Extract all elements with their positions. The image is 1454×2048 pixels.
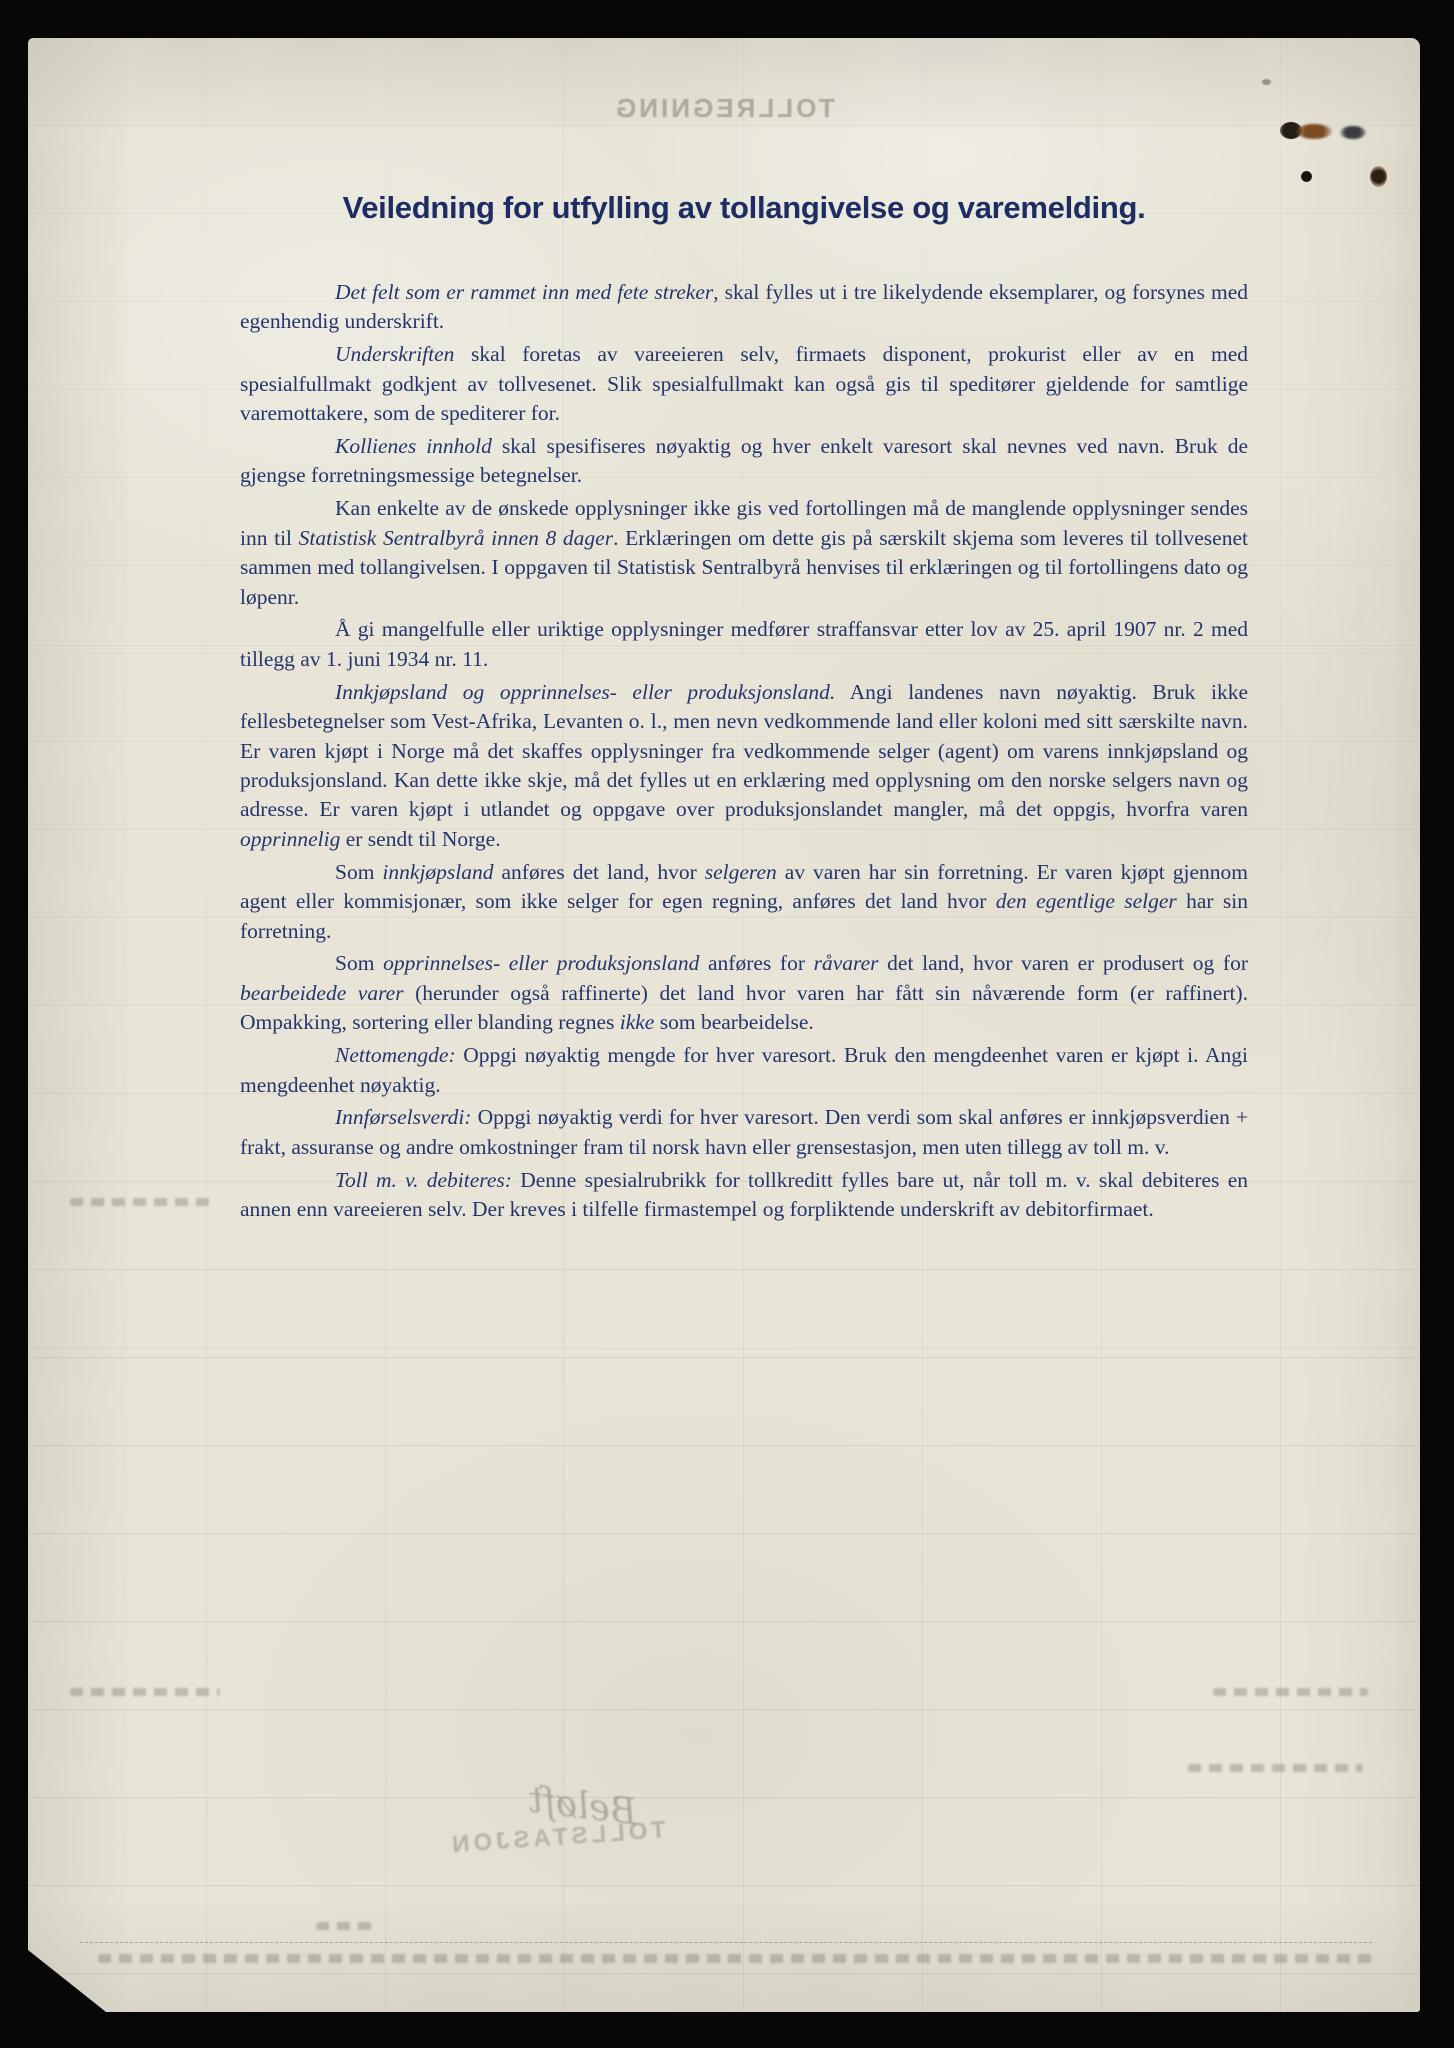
ink-dot	[1301, 171, 1312, 182]
bleed-through-heading-mirrored: TOLLREGNING	[613, 93, 835, 124]
bleed-through-text-row	[1188, 1764, 1363, 1772]
paragraph-5: Å gi mangelfulle eller uriktige opplysni…	[240, 615, 1248, 674]
paragraph-4: Kan enkelte av de ønskede opplysninger i…	[240, 494, 1248, 612]
scan-background: TOLLREGNING Veiledning for utfylling av …	[0, 0, 1454, 2048]
paragraph-7: Som innkjøpsland anføres det land, hvor …	[240, 858, 1248, 946]
bleed-through-rule	[80, 1942, 1372, 1943]
bleed-through-text-row	[70, 1198, 210, 1206]
bleed-through-text-row	[70, 1688, 220, 1696]
paragraph-6: Innkjøpsland og opprinnelses- eller prod…	[240, 678, 1248, 854]
paragraph-11: Toll m. v. debiteres: Denne spesialrubri…	[240, 1166, 1248, 1225]
paragraph-8: Som opprinnelses- eller produksjonsland …	[240, 949, 1248, 1037]
paper-speck	[1262, 79, 1271, 85]
bleed-through-text-row	[1213, 1688, 1368, 1696]
document-paper: TOLLREGNING Veiledning for utfylling av …	[28, 38, 1420, 2012]
paragraph-10: Innførselsverdi: Oppgi nøyaktig verdi fo…	[240, 1103, 1248, 1162]
paragraph-3: Kollienes innhold skal spesifiseres nøya…	[240, 432, 1248, 491]
ink-dot	[1370, 166, 1387, 187]
ink-stain	[1340, 126, 1366, 139]
ink-stain-brown	[1296, 124, 1332, 139]
page-title: Veiledning for utfylling av tollangivels…	[240, 188, 1248, 228]
paragraph-1: Det felt som er rammet inn med fete stre…	[240, 278, 1248, 337]
paragraph-2: Underskriften skal foretas av vareeieren…	[240, 340, 1248, 428]
paragraph-9: Nettomengde: Oppgi nøyaktig mengde for h…	[240, 1041, 1248, 1100]
bleed-through-text-row	[316, 1922, 378, 1930]
bleed-through-text-row	[98, 1954, 1378, 1963]
document-body: Det felt som er rammet inn med fete stre…	[240, 278, 1248, 1228]
